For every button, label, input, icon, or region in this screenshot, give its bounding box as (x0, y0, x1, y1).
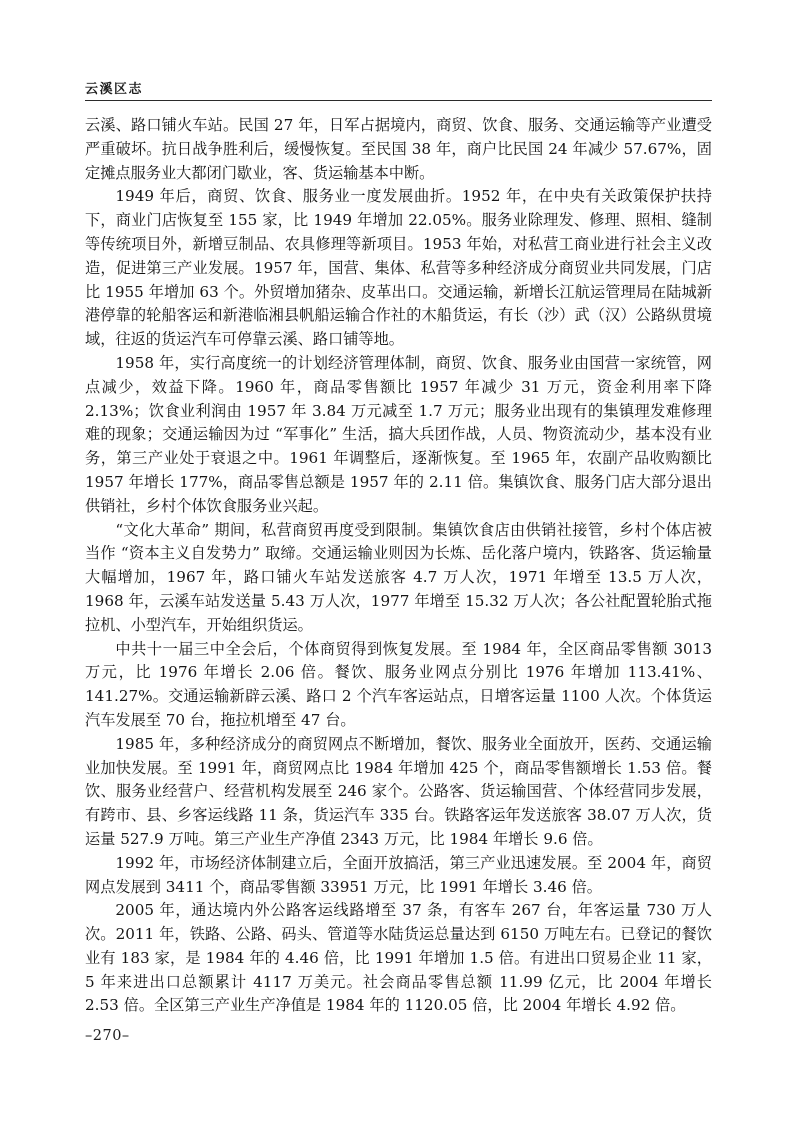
body-text: 云溪、路口铺火车站。民国 27 年，日军占据境内，商贸、饮食、服务、交通运输等产… (85, 114, 712, 1018)
book-title: 云溪区志 (85, 81, 143, 96)
paragraph-4: “文化大革命” 期间，私营商贸再度受到限制。集镇饮食店由供销社接管，乡村个体店被… (85, 519, 712, 638)
paragraph-1: 云溪、路口铺火车站。民国 27 年，日军占据境内，商贸、饮食、服务、交通运输等产… (85, 114, 712, 185)
paragraph-5: 中共十一届三中全会后，个体商贸得到恢复发展。至 1984 年，全区商品零售额 3… (85, 638, 712, 733)
document-page: 云溪区志 云溪、路口铺火车站。民国 27 年，日军占据境内，商贸、饮食、服务、交… (0, 0, 793, 1122)
paragraph-2: 1949 年后，商贸、饮食、服务业一度发展曲折。1952 年，在中央有关政策保护… (85, 185, 712, 352)
paragraph-8: 2005 年，通达境内外公路客运线路增至 37 条，有客车 267 台，年客运量… (85, 899, 712, 1018)
page-header: 云溪区志 (85, 78, 712, 97)
header-rule (85, 100, 712, 101)
paragraph-7: 1992 年，市场经济体制建立后，全面开放搞活，第三产业迅速发展。至 2004 … (85, 852, 712, 900)
paragraph-3: 1958 年，实行高度统一的计划经济管理体制，商贸、饮食、服务业由国营一家统管，… (85, 352, 712, 519)
page-number: –270– (85, 1028, 130, 1044)
paragraph-6: 1985 年，多种经济成分的商贸网点不断增加，餐饮、服务业全面放开，医药、交通运… (85, 733, 712, 852)
